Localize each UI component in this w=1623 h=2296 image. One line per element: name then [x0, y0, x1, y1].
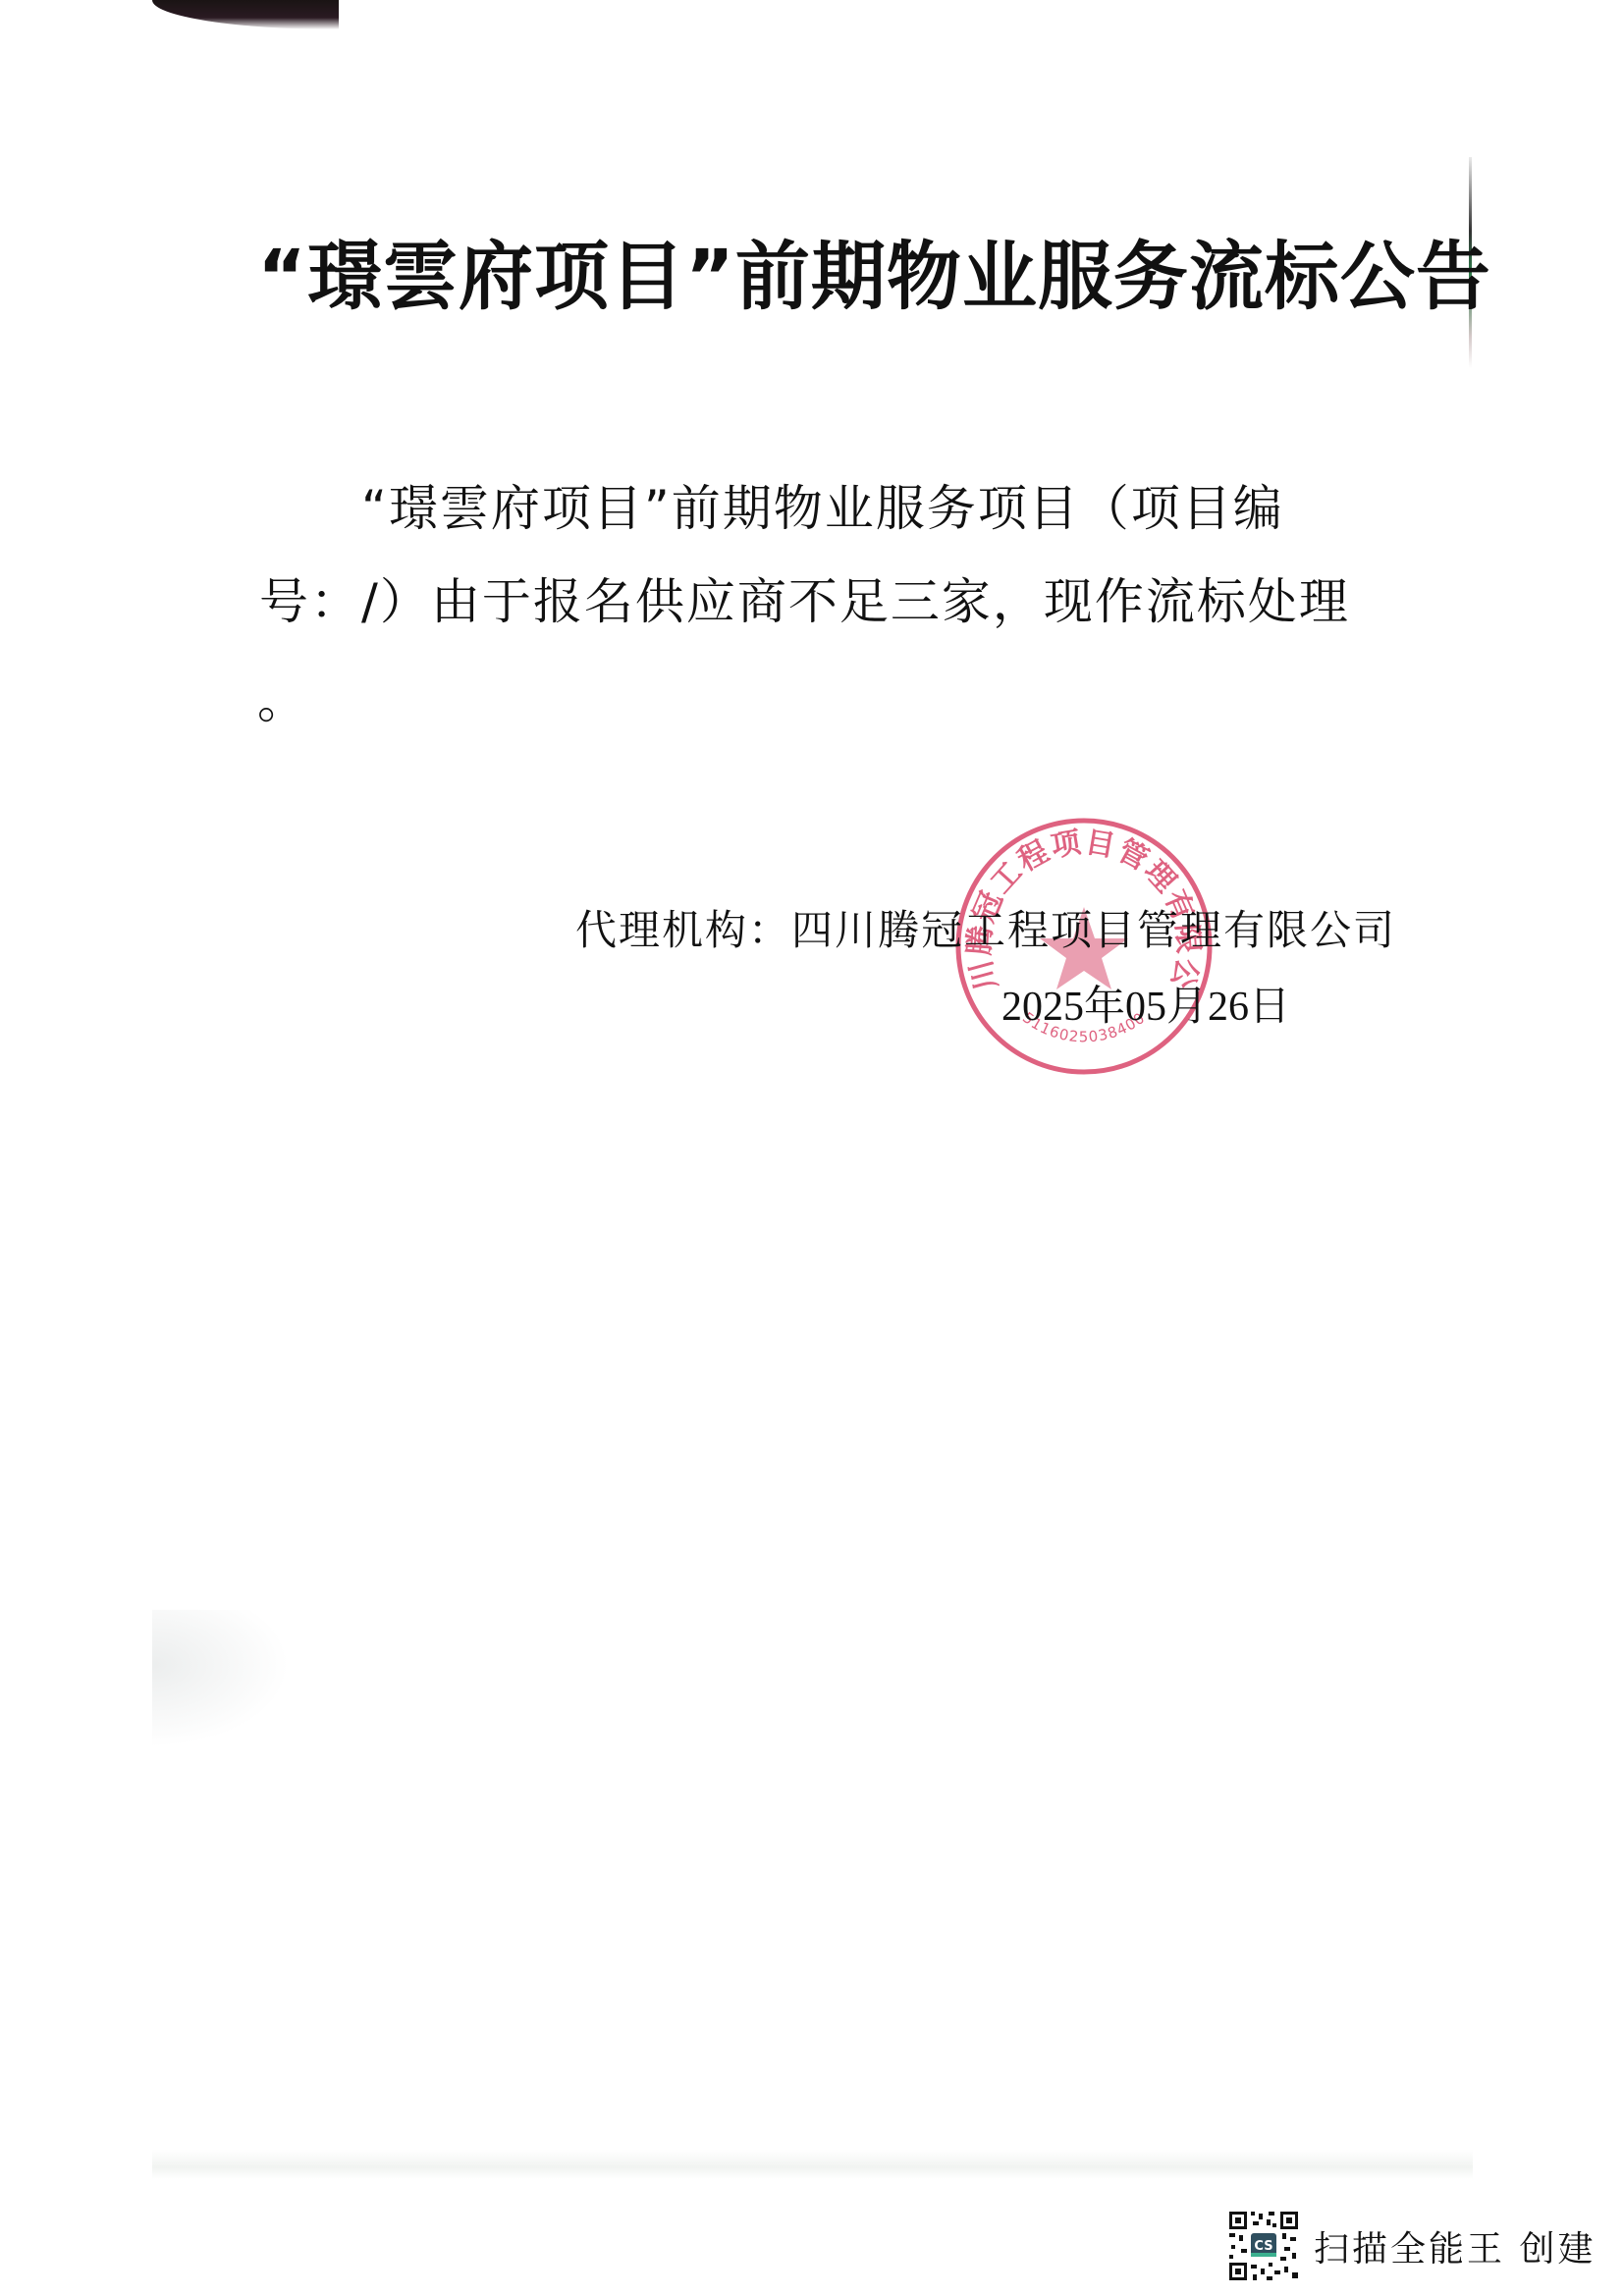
scan-edge-artifact — [152, 0, 339, 29]
document-title: “璟雲府项目”前期物业服务流标公告 — [257, 228, 1357, 326]
body-line-3: 。 — [257, 671, 308, 730]
scanner-watermark: CS 扫描全能王 创建 — [1227, 2207, 1596, 2285]
qr-badge: CS — [1254, 2239, 1272, 2254]
body-line-1: “璟雲府项目”前期物业服务项目（项目编 — [361, 479, 1284, 538]
scan-band-artifact — [152, 2150, 1473, 2179]
scan-shadow-artifact — [152, 1610, 290, 1747]
qr-code-icon: CS — [1227, 2210, 1300, 2282]
signature-date: 2025年05月26日 — [1001, 978, 1290, 1037]
watermark-label: 扫描全能王 创建 — [1314, 2221, 1596, 2271]
body-line-2: 号：/）由于报名供应商不足三家，现作流标处理 — [259, 572, 1350, 631]
agency-signature: 代理机构：四川腾冠工程项目管理有限公司 — [575, 901, 1396, 960]
